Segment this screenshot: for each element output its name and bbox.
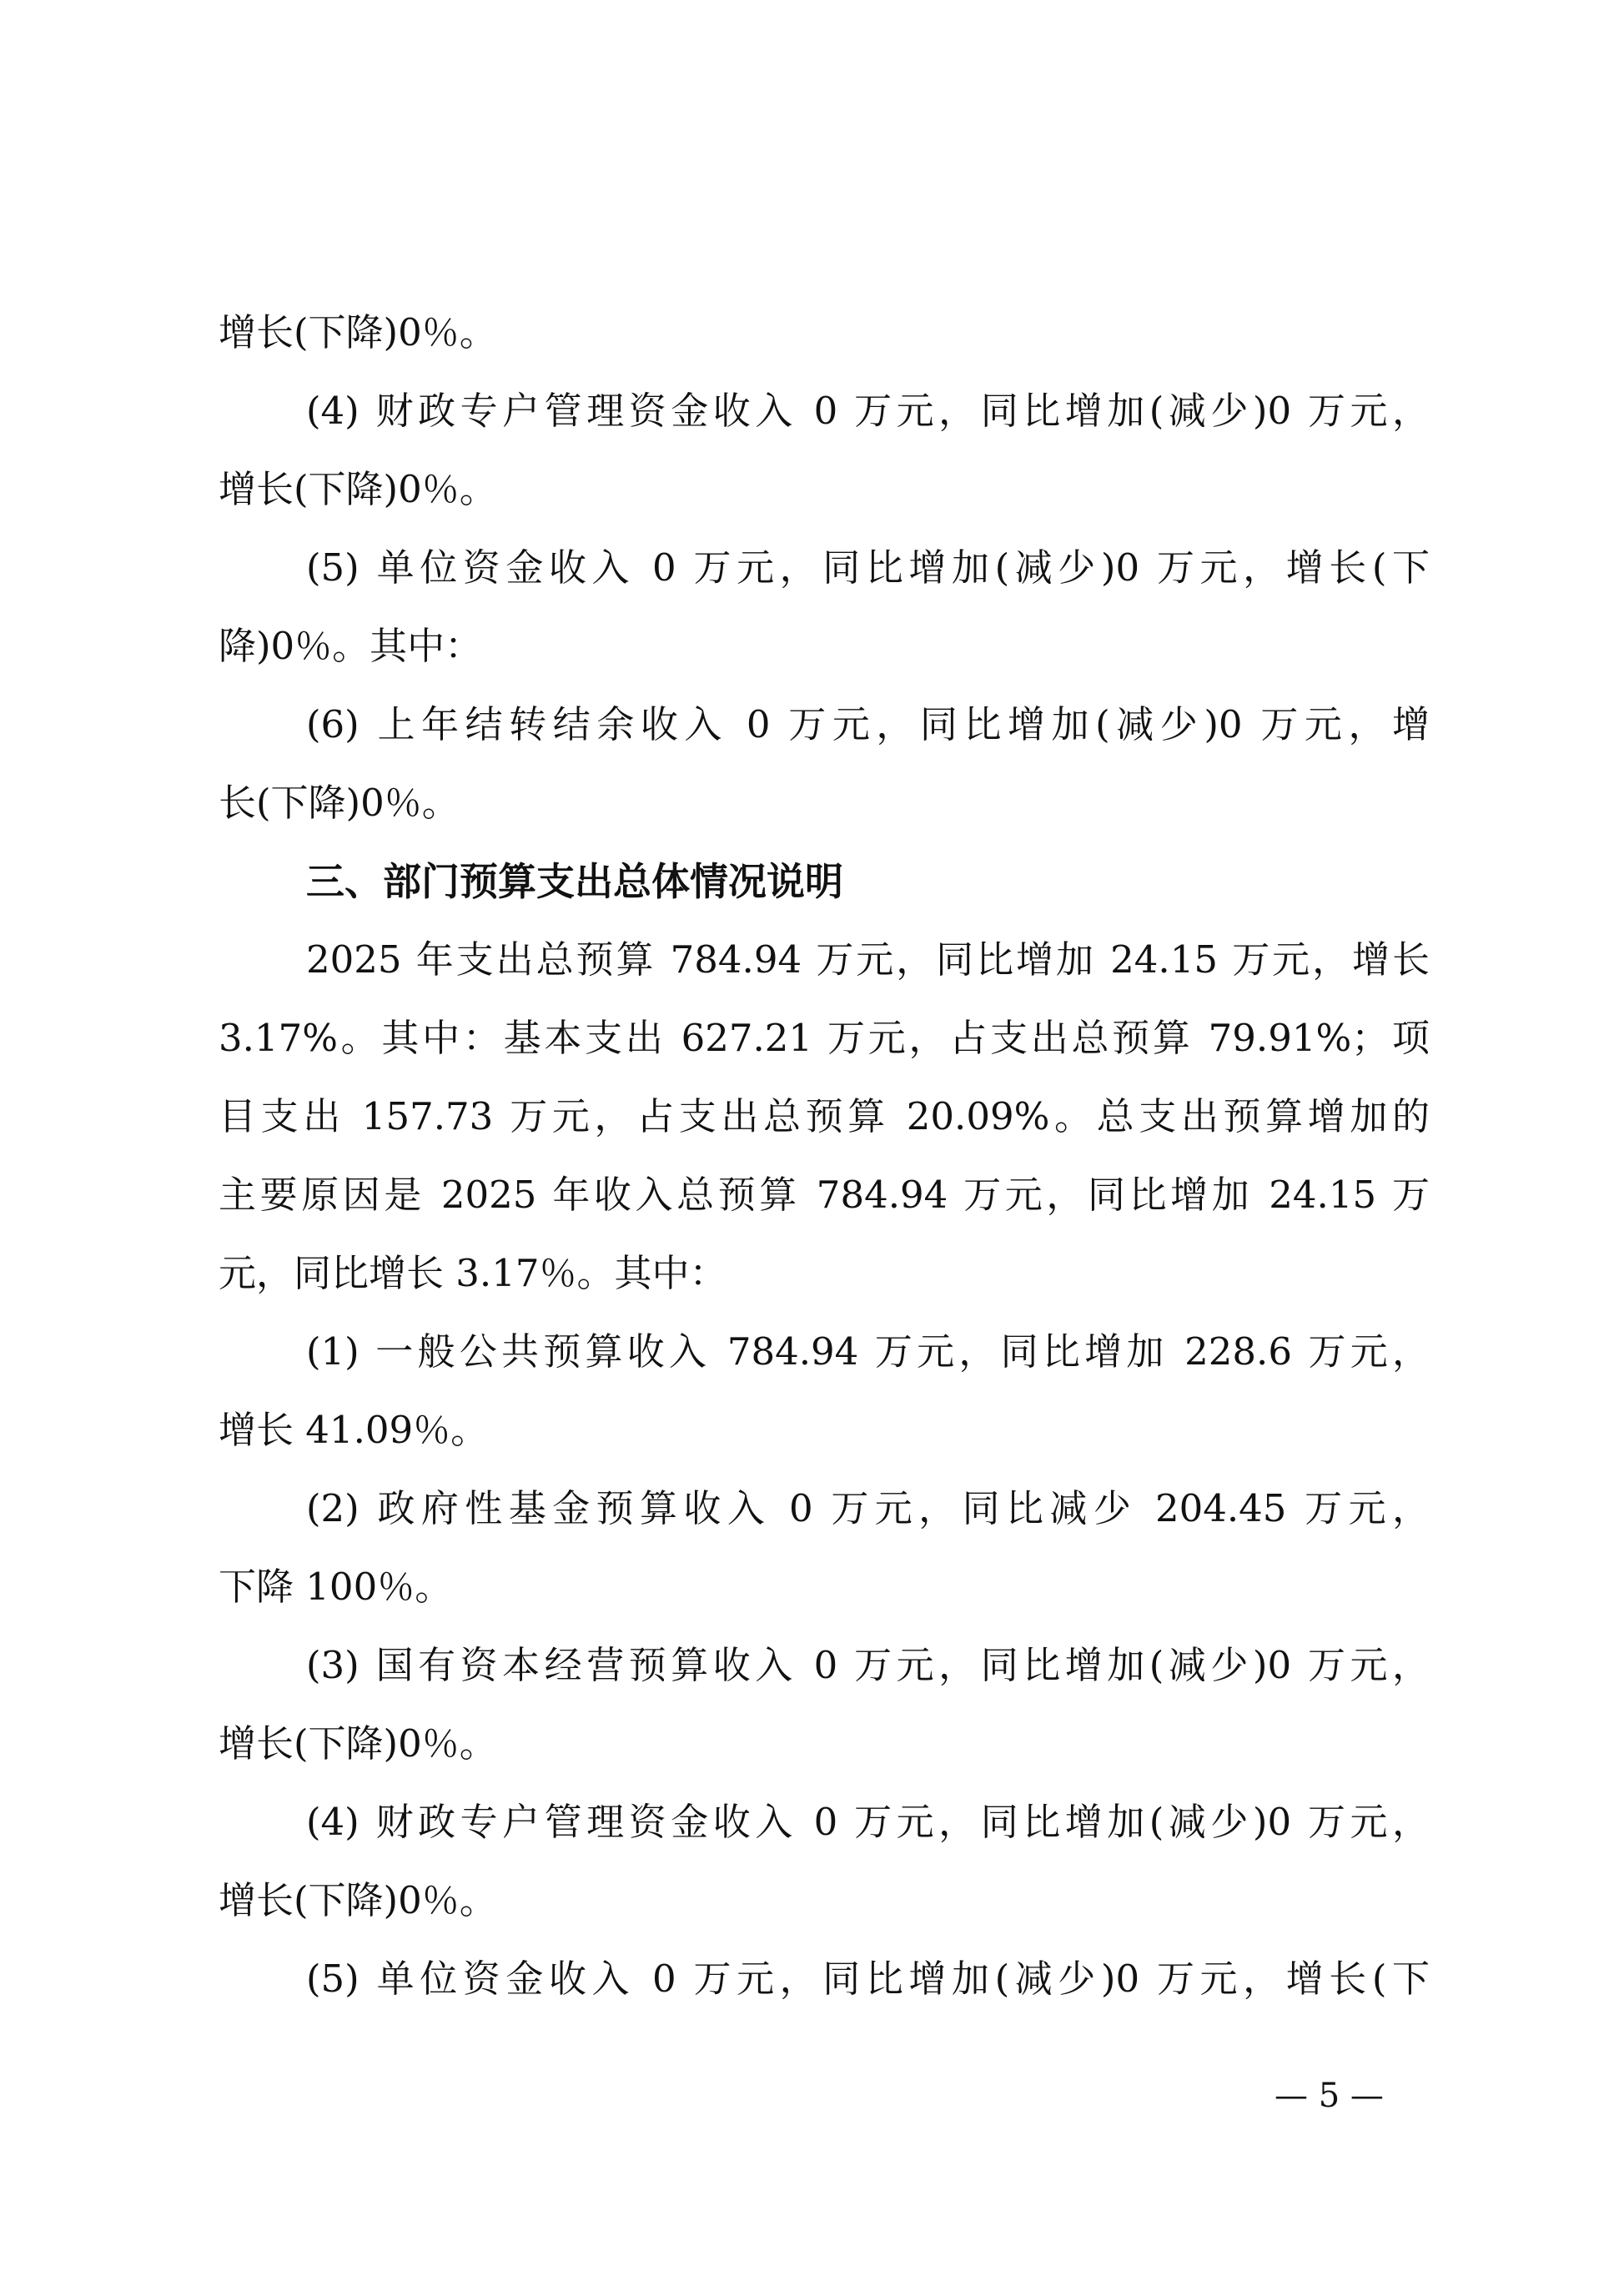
text-line: 增长(下降)0％。 — [219, 450, 1430, 529]
text-line: 长(下降)0％。 — [219, 764, 1430, 842]
paragraph-line: 2025 年支出总预算 784.94 万元，同比增加 24.15 万元，增长 — [219, 921, 1430, 999]
list-item-4: (4) 财政专户管理资金收入 0 万元，同比增加(减少)0 万元， — [219, 1783, 1430, 1861]
text-line: 降)0％。其中： — [219, 607, 1430, 686]
paragraph-line: 元，同比增长 3.17％。其中： — [219, 1234, 1430, 1313]
list-item-5: (5) 单位资金收入 0 万元，同比增加(减少)0 万元，增长(下 — [219, 529, 1430, 607]
list-item-4: (4) 财政专户管理资金收入 0 万元，同比增加(减少)0 万元， — [219, 372, 1430, 450]
list-item-3: (3) 国有资本经营预算收入 0 万元，同比增加(减少)0 万元， — [219, 1626, 1430, 1705]
paragraph-line: 主要原因是 2025 年收入总预算 784.94 万元，同比增加 24.15 万 — [219, 1156, 1430, 1234]
document-page: 增长(下降)0％。 (4) 财政专户管理资金收入 0 万元，同比增加(减少)0 … — [0, 0, 1624, 2296]
list-item-2: (2) 政府性基金预算收入 0 万元，同比减少 204.45 万元， — [219, 1470, 1430, 1548]
list-item-6: (6) 上年结转结余收入 0 万元，同比增加(减少)0 万元，增 — [219, 686, 1430, 764]
list-item-1: (1) 一般公共预算收入 784.94 万元，同比增加 228.6 万元， — [219, 1313, 1430, 1391]
section-heading: 三、部门预算支出总体情况说明 — [219, 842, 1430, 921]
paragraph-line: 目支出 157.73 万元，占支出总预算 20.09%。总支出预算增加的 — [219, 1078, 1430, 1156]
body-text: 增长(下降)0％。 (4) 财政专户管理资金收入 0 万元，同比增加(减少)0 … — [219, 294, 1430, 2018]
paragraph-line: 3.17%。其中：基本支出 627.21 万元，占支出总预算 79.91%；项 — [219, 999, 1430, 1078]
text-line: 增长(下降)0％。 — [219, 1705, 1430, 1783]
text-line: 增长(下降)0％。 — [219, 1861, 1430, 1940]
text-line: 增长 41.09％。 — [219, 1391, 1430, 1470]
page-number: — 5 — — [1275, 2075, 1384, 2117]
list-item-5: (5) 单位资金收入 0 万元，同比增加(减少)0 万元，增长(下 — [219, 1940, 1430, 2018]
text-line: 增长(下降)0％。 — [219, 294, 1430, 372]
text-line: 下降 100％。 — [219, 1548, 1430, 1626]
